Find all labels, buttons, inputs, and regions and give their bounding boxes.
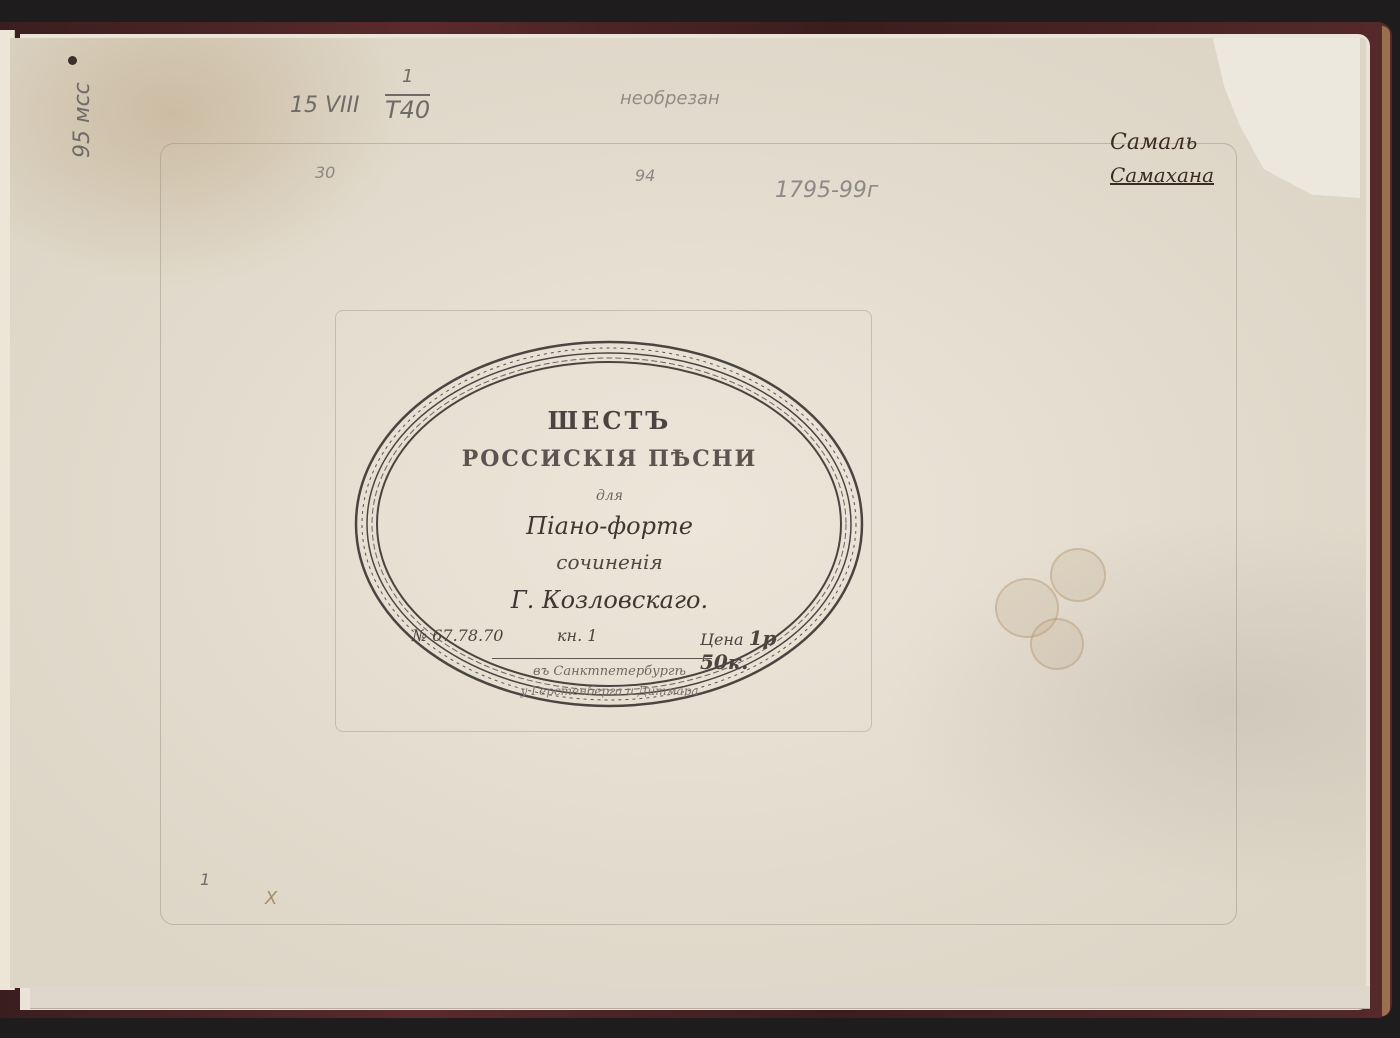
ink-spot bbox=[68, 56, 77, 65]
imprint-city: въ Санктпетербургѣ bbox=[352, 664, 867, 679]
pencil-number-94: 94 bbox=[635, 166, 655, 185]
title-line-composed: сочиненія bbox=[352, 550, 867, 574]
divider-rule bbox=[492, 658, 712, 659]
title-line-six: ШЕСТЪ bbox=[352, 406, 867, 435]
title-line-russian-songs: РОССИСКІЯ ПѢСНИ bbox=[352, 446, 867, 472]
pencil-vertical-note: 95 мсс bbox=[70, 82, 95, 158]
water-stain bbox=[1050, 548, 1106, 602]
pencil-bottom-x: Х bbox=[265, 888, 277, 909]
book-number: кн. 1 bbox=[557, 626, 597, 645]
title-line-for: для bbox=[352, 488, 867, 504]
price-label: Цена bbox=[700, 630, 744, 649]
imprint-publisher: у Герстенберга и Дитмара bbox=[352, 684, 867, 698]
ink-note-line1: Самаль bbox=[1110, 130, 1197, 155]
title-page: 95 мсс 15 VIII 1 Т40 необрезан 30 94 179… bbox=[10, 38, 1366, 988]
title-line-pianoforte: Піано-форте bbox=[352, 512, 867, 540]
book-label: кн. 1 bbox=[557, 626, 597, 645]
pencil-date-range: 1795-99г bbox=[775, 178, 878, 203]
pencil-number-30: 30 bbox=[315, 163, 335, 182]
oval-cartouche: ШЕСТЪ РОССИСКІЯ ПѢСНИ для Піано-форте со… bbox=[352, 338, 867, 710]
pencil-fraction-top: 1 bbox=[402, 66, 413, 87]
binding-edge bbox=[1382, 26, 1390, 1016]
pencil-bottom-mark: 1 bbox=[200, 870, 210, 889]
pencil-fraction-bottom: Т40 bbox=[385, 94, 430, 124]
ink-note-line2: Самахана bbox=[1110, 163, 1214, 187]
composer-name: Г. Козловскаго. bbox=[352, 586, 867, 614]
water-stain bbox=[1030, 618, 1084, 670]
bottom-leaf-edge bbox=[30, 986, 1370, 1009]
plate-numbers: № 67.78.70 bbox=[412, 626, 503, 645]
pencil-uncut-note: необрезан bbox=[620, 88, 720, 109]
pencil-accession-date: 15 VIII bbox=[290, 93, 360, 118]
